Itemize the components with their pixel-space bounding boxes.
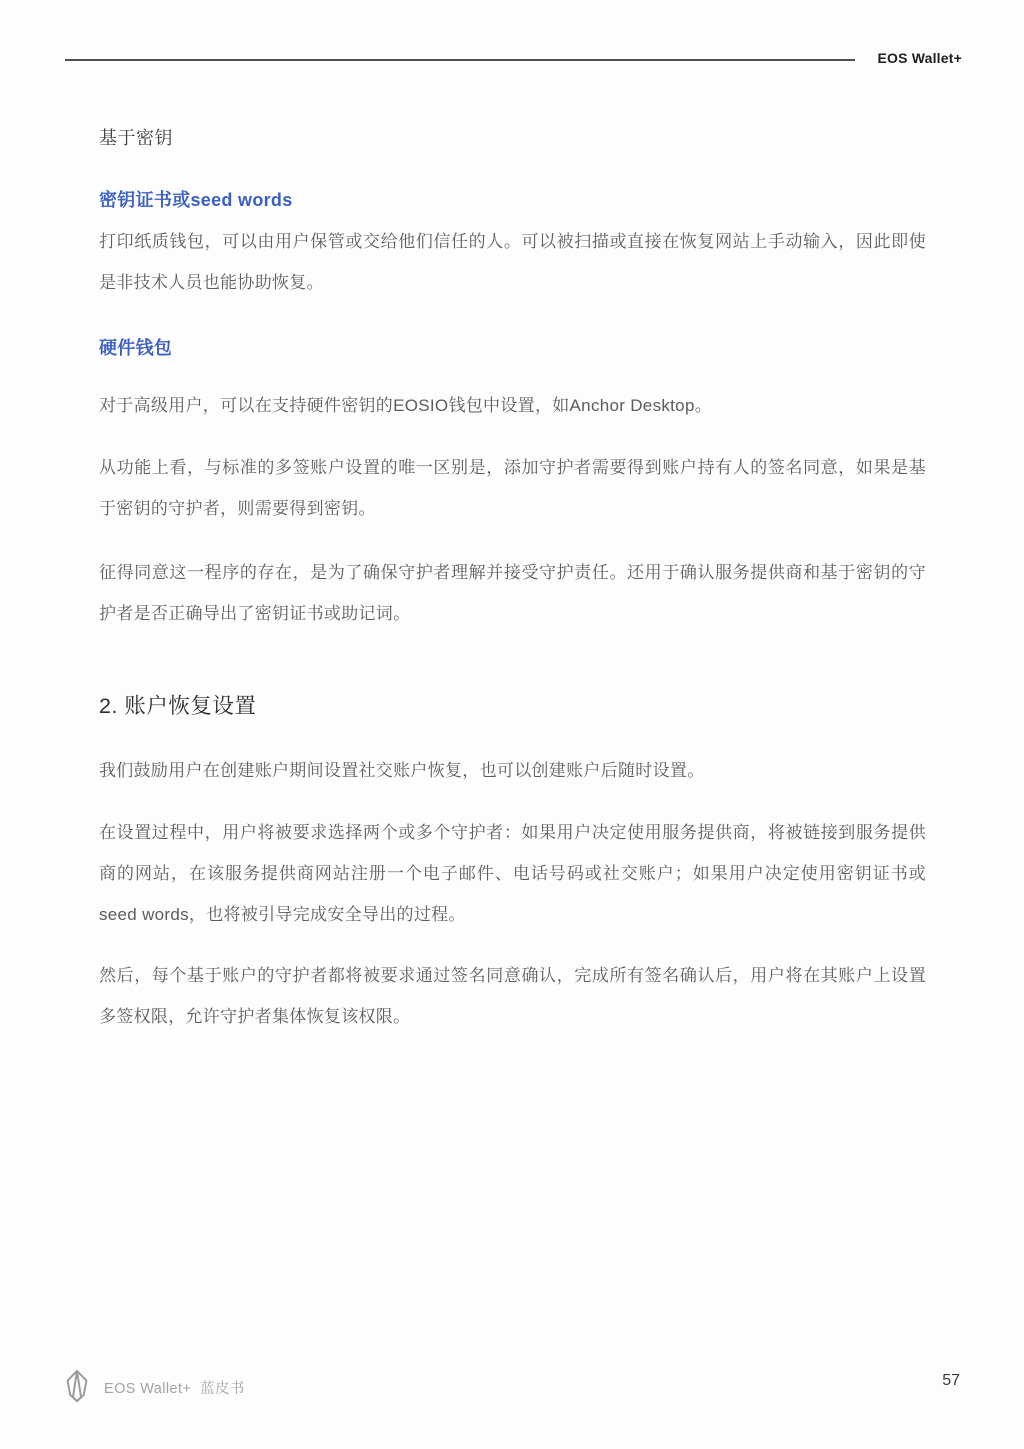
section-2-heading: 2. 账户恢复设置 <box>99 689 926 720</box>
cert-seedwords-heading: 密钥证书或seed words <box>99 186 926 212</box>
eos-logo-icon <box>61 1369 93 1403</box>
section-2-paragraph-2: 在设置过程中，用户将被要求选择两个或多个守护者：如果用户决定使用服务提供商，将被… <box>99 812 926 935</box>
section-2-paragraph-1: 我们鼓励用户在创建账户期间设置社交账户恢复，也可以创建账户后随时设置。 <box>99 750 926 791</box>
consent-procedure-paragraph: 征得同意这一程序的存在，是为了确保守护者理解并接受守护责任。还用于确认服务提供商… <box>99 552 926 634</box>
section-2-paragraph-3: 然后，每个基于账户的守护者都将被要求通过签名同意确认，完成所有签名确认后，用户将… <box>99 955 926 1037</box>
document-page: EOS Wallet+ 基于密钥 密钥证书或seed words 打印纸质钱包，… <box>0 0 1024 1449</box>
hardware-wallet-paragraph: 对于高级用户，可以在支持硬件密钥的EOSIO钱包中设置，如Anchor Desk… <box>99 385 926 426</box>
keybased-subheading: 基于密钥 <box>99 124 926 150</box>
header-brand: EOS Wallet+ <box>877 50 962 66</box>
footer-page-number: 57 <box>942 1372 960 1390</box>
hardware-wallet-heading: 硬件钱包 <box>99 334 926 360</box>
footer-doc-label: EOS Wallet+ 蓝皮书 <box>104 1377 245 1398</box>
function-comparison-paragraph: 从功能上看，与标准的多签账户设置的唯一区别是，添加守护者需要得到账户持有人的签名… <box>99 447 926 529</box>
cert-seedwords-paragraph: 打印纸质钱包，可以由用户保管或交给他们信任的人。可以被扫描或直接在恢复网站上手动… <box>99 221 926 303</box>
header-rule <box>65 59 855 61</box>
